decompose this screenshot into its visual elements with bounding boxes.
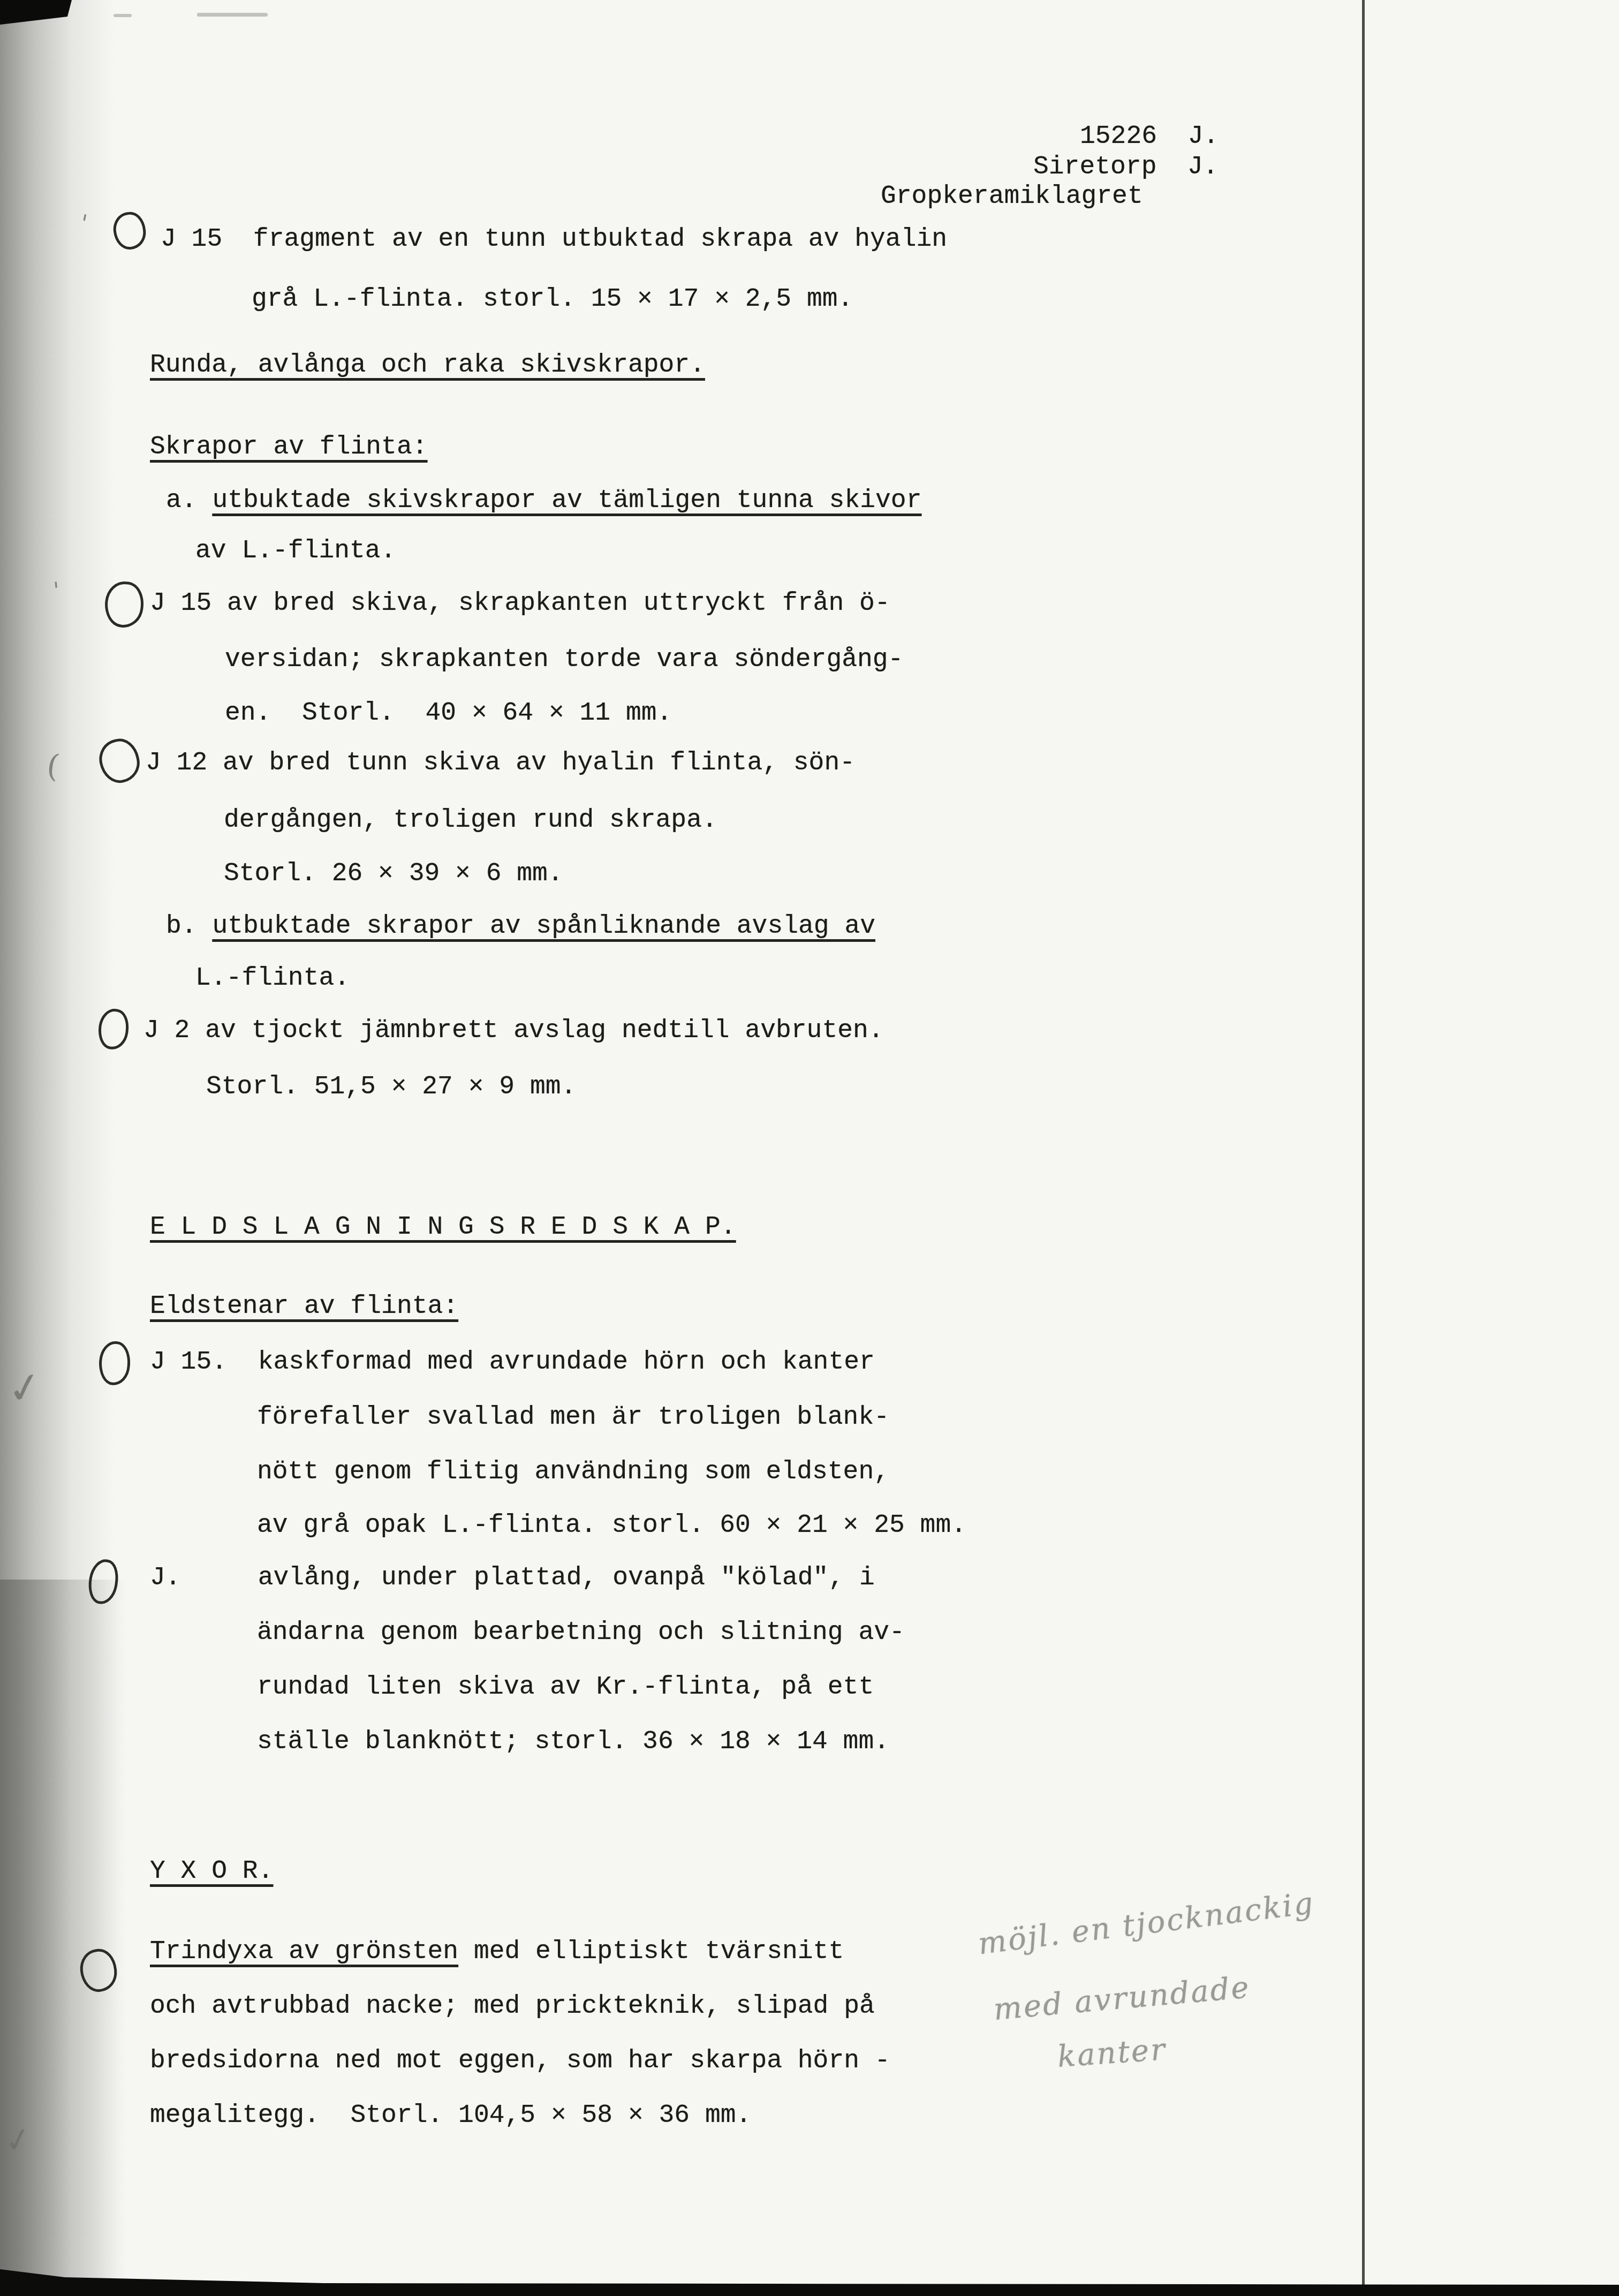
typed-text: a.	[166, 486, 212, 515]
typed-line: förefaller svallad men är troligen blank…	[257, 1403, 889, 1432]
header-site: Siretorp J.	[1033, 153, 1219, 182]
scanned-document-page: 15226 J.Siretorp J.GropkeramiklagretJ 15…	[0, 0, 1619, 2296]
entry-j15-eldsten: J 15. kaskformad med avrundade hörn och …	[150, 1348, 875, 1377]
typed-text: Storl. 26 × 39 × 6 mm.	[224, 859, 563, 888]
underlined-text: Y X O R.	[150, 1857, 273, 1886]
underlined-text: Runda, avlånga och raka skivskrapor.	[150, 351, 705, 380]
typed-text: bredsidorna ned mot eggen, som har skarp…	[150, 2046, 890, 2075]
typed-text: av grå opak L.-flinta. storl. 60 × 21 × …	[257, 1511, 966, 1540]
typed-line: en. Storl. 40 × 64 × 11 mm.	[225, 699, 672, 728]
header-layer: Gropkeramiklagret	[881, 182, 1143, 211]
section-heading: Runda, avlånga och raka skivskrapor.	[150, 351, 705, 380]
book-spine-line	[1362, 0, 1365, 2296]
typed-text: Gropkeramiklagret	[881, 182, 1143, 211]
handwritten-annotation: möjl. en tjocknackig	[976, 1886, 1316, 1962]
chapter-heading: E L D S L A G N I N G S R E D S K A P.	[150, 1213, 736, 1242]
typed-line: ändarna genom bearbetning och slitning a…	[257, 1618, 905, 1647]
typed-text: J 15. kaskformad med avrundade hörn och …	[150, 1348, 875, 1377]
typed-line: megalitegg. Storl. 104,5 × 58 × 36 mm.	[150, 2101, 751, 2130]
book-page-edges	[1353, 13, 1401, 2296]
typed-text: en. Storl. 40 × 64 × 11 mm.	[225, 699, 672, 728]
typed-text: av L.-flinta.	[195, 537, 396, 565]
typed-line: nött genom flitig användning som eldsten…	[257, 1457, 889, 1486]
typed-text: ställe blanknött; storl. 36 × 18 × 14 mm…	[257, 1727, 889, 1756]
typed-text: och avtrubbad nacke; med prickteknik, sl…	[150, 1992, 875, 2021]
subsection-a: a. utbuktade skivskrapor av tämligen tun…	[166, 486, 921, 515]
typed-line: ställe blanknött; storl. 36 × 18 × 14 mm…	[257, 1727, 889, 1756]
entry-j12: J 12 av bred tunn skiva av hyalin flinta…	[146, 749, 855, 777]
typed-text: 15226 J.	[1080, 122, 1219, 151]
typed-text: grå L.-flinta. storl. 15 × 17 × 2,5 mm.	[252, 285, 853, 314]
typed-line: Storl. 26 × 39 × 6 mm.	[224, 859, 563, 888]
entry-j2: J 2 av tjockt jämnbrett avslag nedtill a…	[143, 1016, 884, 1045]
typed-text: L.-flinta.	[195, 964, 350, 993]
typed-line: Storl. 51,5 × 27 × 9 mm.	[206, 1073, 576, 1101]
typed-text: J 12 av bred tunn skiva av hyalin flinta…	[146, 749, 855, 777]
typed-line: bredsidorna ned mot eggen, som har skarp…	[150, 2046, 890, 2075]
handwritten-annotation: med avrundade	[992, 1970, 1252, 2027]
underlined-text: Eldstenar av flinta:	[150, 1292, 458, 1321]
typed-text: J. avlång, under plattad, ovanpå "kölad"…	[150, 1564, 875, 1592]
scan-shadow-bottom-left	[0, 1580, 126, 2296]
typed-text: ändarna genom bearbetning och slitning a…	[257, 1618, 905, 1647]
typed-text: megalitegg. Storl. 104,5 × 58 × 36 mm.	[150, 2101, 751, 2130]
typed-text: dergången, troligen rund skrapa.	[224, 806, 717, 835]
underlined-text: utbuktade skivskrapor av tämligen tunna …	[212, 486, 921, 515]
typed-line: grå L.-flinta. storl. 15 × 17 × 2,5 mm.	[252, 285, 853, 314]
typed-text: J 2 av tjockt jämnbrett avslag nedtill a…	[143, 1016, 884, 1045]
typed-text: b.	[166, 912, 212, 941]
handwritten-annotation: kanter	[1056, 2032, 1168, 2074]
typed-line: av grå opak L.-flinta. storl. 60 × 21 × …	[257, 1511, 966, 1540]
typed-line: av L.-flinta.	[195, 537, 396, 565]
underlined-text: Trindyxa av grönsten	[150, 1937, 458, 1966]
chapter-heading: Y X O R.	[150, 1857, 273, 1886]
typed-line: L.-flinta.	[195, 964, 350, 993]
typed-text: nött genom flitig användning som eldsten…	[257, 1457, 889, 1486]
typed-text: rundad liten skiva av Kr.-flinta, på ett	[257, 1673, 874, 1702]
underlined-text: Skrapor av flinta:	[150, 433, 427, 462]
typed-text: J 15 av bred skiva, skrapkanten uttryckt…	[150, 589, 890, 618]
typed-text: Storl. 51,5 × 27 × 9 mm.	[206, 1073, 576, 1101]
typed-line: rundad liten skiva av Kr.-flinta, på ett	[257, 1673, 874, 1702]
typed-line: dergången, troligen rund skrapa.	[224, 806, 717, 835]
header-number: 15226 J.	[1080, 122, 1219, 151]
catalog-circle-mark	[112, 210, 148, 251]
scan-artifact-dash	[114, 14, 132, 17]
section-heading: Skrapor av flinta:	[150, 433, 427, 462]
typed-text: J 15 fragment av en tunn utbuktad skrapa…	[161, 225, 947, 254]
scan-artifact-dash	[197, 13, 268, 17]
typed-text: versidan; skrapkanten torde vara sönderg…	[225, 645, 903, 674]
entry-j15-fragment: J 15 fragment av en tunn utbuktad skrapa…	[161, 225, 947, 254]
typed-text: Siretorp J.	[1033, 153, 1219, 182]
subsection-b: b. utbuktade skrapor av spånliknande avs…	[166, 912, 875, 941]
typed-text: med elliptiskt tvärsnitt	[458, 1937, 844, 1966]
typed-text: förefaller svallad men är troligen blank…	[257, 1403, 889, 1432]
section-heading: Eldstenar av flinta:	[150, 1292, 458, 1321]
entry-trindyxa: Trindyxa av grönsten med elliptiskt tvär…	[150, 1937, 844, 1966]
entry-j-eldsten: J. avlång, under plattad, ovanpå "kölad"…	[150, 1564, 875, 1592]
typed-line: och avtrubbad nacke; med prickteknik, sl…	[150, 1992, 875, 2021]
underlined-text: utbuktade skrapor av spånliknande avslag…	[212, 912, 875, 941]
typed-line: versidan; skrapkanten torde vara sönderg…	[225, 645, 903, 674]
underlined-text: E L D S L A G N I N G S R E D S K A P.	[150, 1213, 736, 1242]
entry-j15-skiva: J 15 av bred skiva, skrapkanten uttryckt…	[150, 589, 890, 618]
